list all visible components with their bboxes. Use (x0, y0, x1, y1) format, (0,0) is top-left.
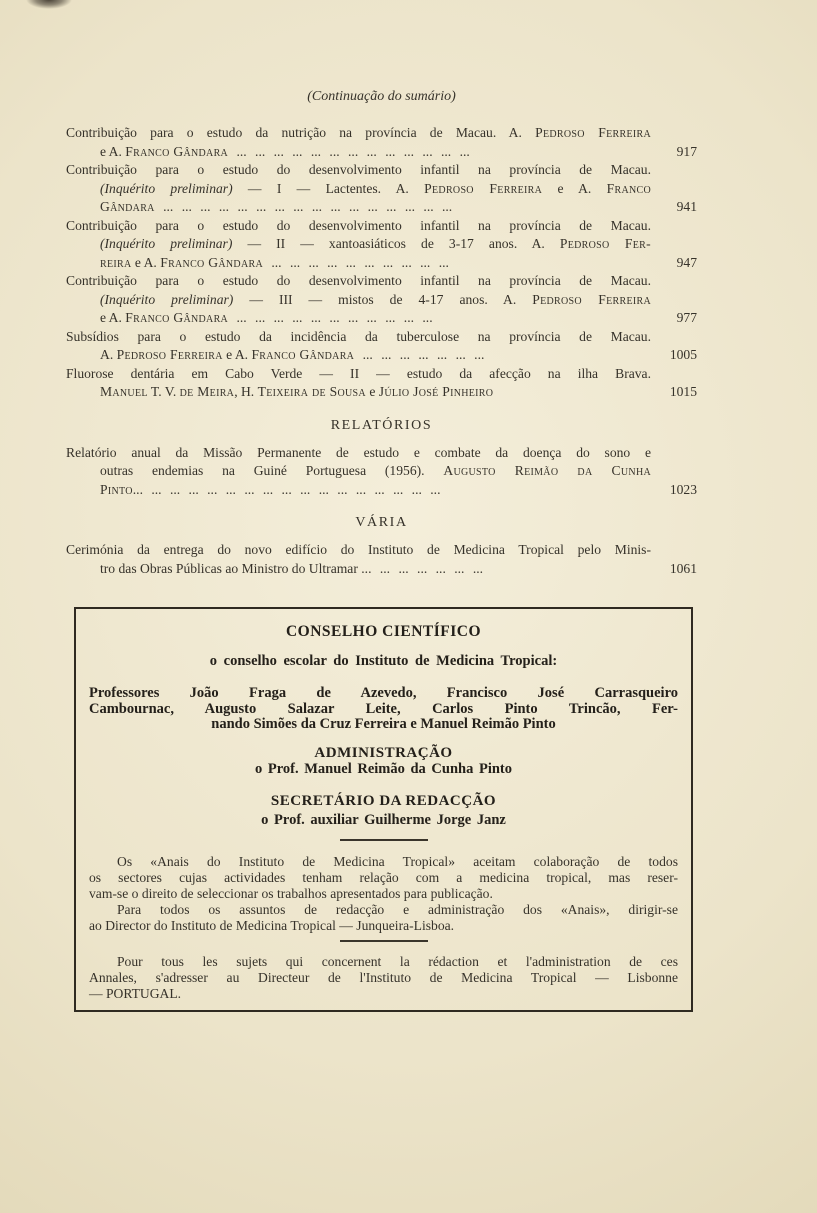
toc-page-number: 941 (677, 198, 697, 217)
toc-entry: Contribuição para o estudo do desenvolvi… (66, 217, 697, 273)
toc-text: e (366, 384, 379, 399)
toc-page-number: 947 (677, 254, 697, 273)
author-name: Pedroso Ferreira (117, 347, 223, 362)
dot-leader: ... ... ... ... ... ... ... (354, 347, 484, 362)
toc-entry: Contribuição para o estudo da nutrição n… (66, 124, 697, 161)
toc-line-text: (Inquérito preliminar) — III — mistos de… (100, 291, 651, 310)
toc-text: e A. (132, 255, 161, 270)
toc-line: A. Pedroso Ferreira e A. Franco Gândara … (66, 346, 697, 365)
note-line-pt: vam-se o direito de seleccionar os traba… (89, 886, 678, 902)
divider-rule (340, 839, 428, 841)
toc-text: — II — xantoasiáticos de 3-17 anos. A. (232, 236, 560, 251)
professors-line: Cambournac, Augusto Salazar Leite, Carlo… (89, 702, 678, 718)
toc-line: Fluorose dentária em Cabo Verde — II — e… (66, 365, 697, 384)
submission-note-pt: Os «Anais do Instituto de Medicina Tropi… (89, 854, 678, 935)
author-name: Franco Gândara (125, 144, 228, 159)
toc-text: , H. (234, 384, 257, 399)
toc-text: e A. (542, 181, 606, 196)
toc-text: A. (100, 347, 117, 362)
toc-line-text: Cerimónia da entrega do novo edifício do… (66, 541, 651, 560)
toc-text: outras endemias na Guiné Portuguesa (195… (100, 463, 443, 478)
toc-line: Relatório anual da Missão Permanente de … (66, 444, 697, 463)
toc-line: Contribuição para o estudo do desenvolvi… (66, 161, 697, 180)
divider-rule (340, 940, 428, 942)
toc-page-number: 1005 (670, 346, 697, 365)
toc-line-text: e A. Franco Gândara ... ... ... ... ... … (100, 309, 651, 328)
toc-page-number: 917 (677, 143, 697, 162)
toc-page-number: 1015 (670, 383, 697, 402)
note-line-pt: os sectores cujas actividades tenham rel… (89, 870, 678, 886)
toc-line: reira e A. Franco Gândara ... ... ... ..… (66, 254, 697, 273)
continuation-note: (Continuação do sumário) (66, 89, 697, 104)
author-name: reira (100, 255, 132, 270)
toc-text: — I — Lactentes. A. (233, 181, 425, 196)
toc-page-number: 1023 (670, 481, 697, 500)
toc-line: Subsídios para o estudo da incidência da… (66, 328, 697, 347)
panel-title: CONSELHO CIENTÍFICO (89, 624, 678, 640)
toc-entry: Contribuição para o estudo do desenvolvi… (66, 161, 697, 217)
toc-line-text: e A. Franco Gândara ... ... ... ... ... … (100, 143, 651, 162)
toc-text: Contribuição para o estudo do desenvolvi… (66, 273, 651, 288)
dot-leader: ... ... ... ... ... ... ... ... ... ... … (228, 310, 433, 325)
dot-leader: ... ... ... ... ... ... ... ... ... ... … (228, 144, 470, 159)
toc-line: Gândara ... ... ... ... ... ... ... ... … (66, 198, 697, 217)
note-line-fr: Pour tous les sujets qui concernent la r… (89, 954, 678, 970)
author-name: Gândara (100, 199, 155, 214)
toc-text: Contribuição para o estudo do desenvolvi… (66, 162, 651, 177)
toc-line-text: outras endemias na Guiné Portuguesa (195… (100, 462, 651, 481)
table-of-contents: Contribuição para o estudo da nutrição n… (66, 124, 697, 578)
note-line-fr: Annales, s'adresser au Directeur de l'In… (89, 970, 678, 986)
author-name: Pedroso Ferreira (532, 292, 651, 307)
toc-text: Fluorose dentária em Cabo Verde — II — e… (66, 366, 651, 381)
note-line-fr: — PORTUGAL. (89, 986, 678, 1002)
dot-leader: ... ... ... ... ... ... ... ... ... ... (263, 255, 449, 270)
dot-leader: ... ... ... ... ... ... ... (361, 561, 483, 576)
author-name: Pedroso Ferreira (424, 181, 542, 196)
toc-line-text: Contribuição para o estudo do desenvolvi… (66, 217, 651, 236)
secretary-name: o Prof. auxiliar Guilherme Jorge Janz (89, 813, 678, 828)
toc-entry: Subsídios para o estudo da incidência da… (66, 328, 697, 365)
note-line-pt: Para todos os assuntos de redacção e adm… (89, 902, 678, 918)
professors-line: nando Simões da Cruz Ferreira e Manuel R… (89, 717, 678, 733)
author-name: Augusto Reimão da Cunha (443, 463, 651, 478)
toc-line: Pinto... ... ... ... ... ... ... ... ...… (66, 481, 697, 500)
author-name: Manuel (100, 384, 148, 399)
toc-text: Subsídios para o estudo da incidência da… (66, 329, 651, 344)
toc-line: tro das Obras Públicas ao Ministro do Ul… (66, 560, 697, 579)
toc-line: Manuel T. V. de Meira, H. Teixeira de So… (66, 383, 697, 402)
toc-page-number: 977 (677, 309, 697, 328)
toc-text: e A. (100, 310, 125, 325)
toc-line-text: A. Pedroso Ferreira e A. Franco Gândara … (100, 346, 651, 365)
toc-line-text: Fluorose dentária em Cabo Verde — II — e… (66, 365, 651, 384)
scanned-page: (Continuação do sumário) Contribuição pa… (0, 0, 817, 1213)
toc-line-text: Contribuição para o estudo da nutrição n… (66, 124, 651, 143)
toc-text: tro das Obras Públicas ao Ministro do Ul… (100, 561, 361, 576)
toc-line: (Inquérito preliminar) — III — mistos de… (66, 291, 697, 310)
toc-text: Contribuição para o estudo do desenvolvi… (66, 218, 651, 233)
author-name: Franco (607, 181, 651, 196)
note-line-pt: Os «Anais do Instituto de Medicina Tropi… (89, 854, 678, 870)
professors-list: Professores João Fraga de Azevedo, Franc… (89, 686, 678, 733)
toc-text: T. V. (148, 384, 180, 399)
toc-line-text: Pinto... ... ... ... ... ... ... ... ...… (100, 481, 651, 500)
toc-text: e A. (100, 144, 125, 159)
secretary-heading: SECRETÁRIO DA REDACÇÃO (89, 793, 678, 809)
scan-smudge (26, 0, 72, 9)
administration-heading: ADMINISTRAÇÃO (89, 745, 678, 761)
toc-text: (Inquérito preliminar) (100, 236, 232, 251)
toc-text: (Inquérito preliminar) (100, 292, 233, 307)
toc-line: Cerimónia da entrega do novo edifício do… (66, 541, 697, 560)
toc-entry: Fluorose dentária em Cabo Verde — II — e… (66, 365, 697, 402)
toc-line-text: Manuel T. V. de Meira, H. Teixeira de So… (100, 383, 651, 402)
toc-entry: Relatório anual da Missão Permanente de … (66, 444, 697, 500)
toc-line-text: (Inquérito preliminar) — II — xantoasiát… (100, 235, 651, 254)
toc-line-text: tro das Obras Públicas ao Ministro do Ul… (100, 560, 651, 579)
professors-line: Professores João Fraga de Azevedo, Franc… (89, 686, 678, 702)
author-name: de Meira (180, 384, 235, 399)
editorial-board-panel: CONSELHO CIENTÍFICO o conselho escolar d… (74, 607, 693, 1012)
toc-line-text: (Inquérito preliminar) — I — Lactentes. … (100, 180, 651, 199)
toc-text: (Inquérito preliminar) (100, 181, 233, 196)
author-name: Pinto (100, 482, 133, 497)
toc-line: Contribuição para o estudo da nutrição n… (66, 124, 697, 143)
toc-line: (Inquérito preliminar) — I — Lactentes. … (66, 180, 697, 199)
toc-line: Contribuição para o estudo do desenvolvi… (66, 272, 697, 291)
toc-text: Relatório anual da Missão Permanente de … (66, 445, 651, 460)
author-name: Franco Gândara (160, 255, 263, 270)
author-name: Franco Gândara (251, 347, 354, 362)
submission-note-fr: Pour tous les sujets qui concernent la r… (89, 954, 678, 1003)
dot-leader: ... ... ... ... ... ... ... ... ... ... … (155, 199, 453, 214)
author-name: Pedroso Fer- (560, 236, 651, 251)
author-name: Pedroso Ferreira (535, 125, 651, 140)
toc-line-text: Contribuição para o estudo do desenvolvi… (66, 161, 651, 180)
toc-line: Contribuição para o estudo do desenvolvi… (66, 217, 697, 236)
toc-line-text: Gândara ... ... ... ... ... ... ... ... … (100, 198, 651, 217)
toc-page-number: 1061 (670, 560, 697, 579)
toc-section-heading: RELATÓRIOS (66, 418, 697, 433)
toc-text: — III — mistos de 4-17 anos. A. (233, 292, 532, 307)
administration-name: o Prof. Manuel Reimão da Cunha Pinto (89, 762, 678, 777)
toc-line-text: Contribuição para o estudo do desenvolvi… (66, 272, 651, 291)
toc-entry: Cerimónia da entrega do novo edifício do… (66, 541, 697, 578)
toc-line: (Inquérito preliminar) — II — xantoasiát… (66, 235, 697, 254)
toc-line-text: Subsídios para o estudo da incidência da… (66, 328, 651, 347)
toc-text: Cerimónia da entrega do novo edifício do… (66, 542, 651, 557)
toc-entry: Contribuição para o estudo do desenvolvi… (66, 272, 697, 328)
author-name: Júlio José Pinheiro (379, 384, 494, 399)
toc-text: Contribuição para o estudo da nutrição n… (66, 125, 535, 140)
author-name: Franco Gândara (125, 310, 228, 325)
toc-line-text: Relatório anual da Missão Permanente de … (66, 444, 651, 463)
panel-subtitle: o conselho escolar do Instituto de Medic… (89, 654, 678, 669)
toc-section-heading: VÁRIA (66, 515, 697, 530)
dot-leader: ... ... ... ... ... ... ... ... ... ... … (133, 482, 441, 497)
toc-line: outras endemias na Guiné Portuguesa (195… (66, 462, 697, 481)
toc-line-text: reira e A. Franco Gândara ... ... ... ..… (100, 254, 651, 273)
note-line-pt: ao Director do Instituto de Medicina Tro… (89, 918, 678, 934)
toc-line: e A. Franco Gândara ... ... ... ... ... … (66, 309, 697, 328)
toc-text: e A. (223, 347, 252, 362)
toc-line: e A. Franco Gândara ... ... ... ... ... … (66, 143, 697, 162)
author-name: Teixeira de Sousa (258, 384, 366, 399)
